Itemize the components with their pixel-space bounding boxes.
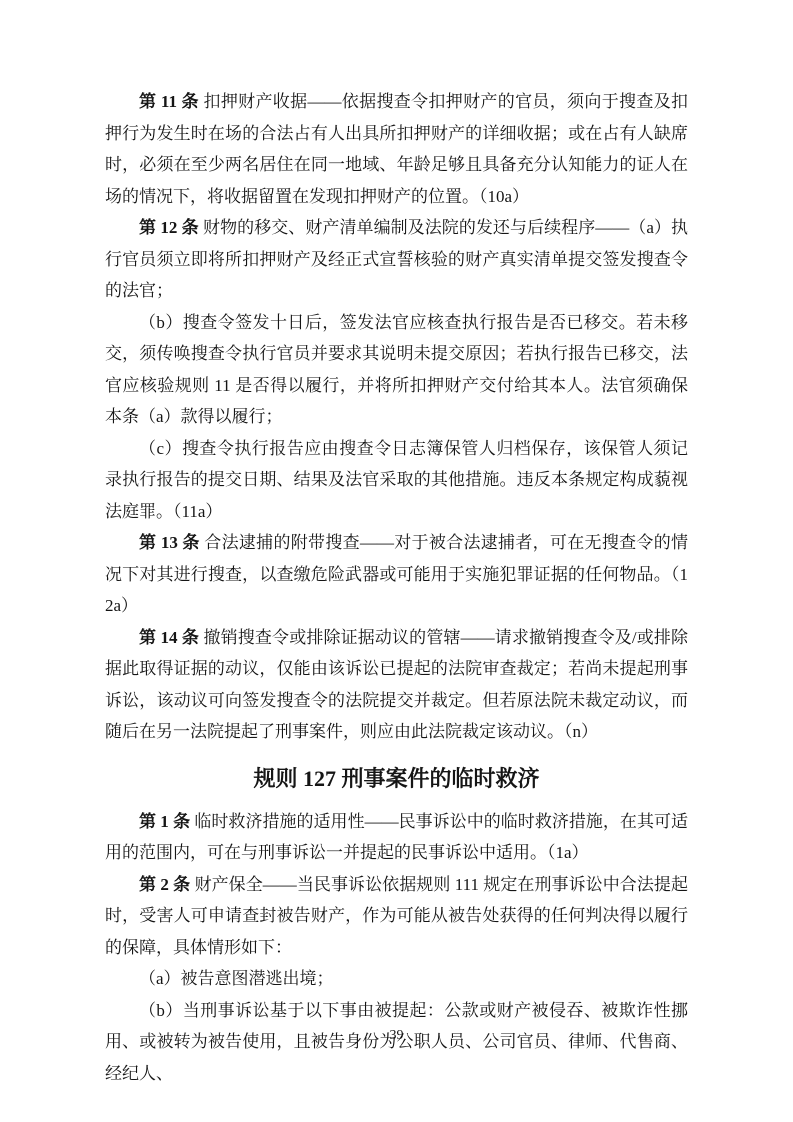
paragraph-text: 财产保全——当民事诉讼依据规则 111 规定在刑事诉讼中合法提起时，受害人可申请… [105,875,688,957]
rule-paragraph: 第 13 条 合法逮捕的附带搜查——对于被合法逮捕者，可在无搜查令的情况下对其进… [105,527,688,622]
sub-paragraph: （a）被告意图潜逃出境； [105,963,688,995]
rule-number-label: 第 13 条 [139,533,200,552]
document-page: 第 11 条 扣押财产收据——依据搜查令扣押财产的官员，须向于搜查及扣押行为发生… [0,0,793,1122]
paragraph-text: （a）被告意图潜逃出境； [139,969,334,988]
rule-paragraph: 第 2 条 财产保全——当民事诉讼依据规则 111 规定在刑事诉讼中合法提起时，… [105,869,688,964]
page-number: 39 [0,1028,793,1044]
section-heading: 规则 127 刑事案件的临时救济 [105,758,688,800]
rule-paragraph: 第 11 条 扣押财产收据——依据搜查令扣押财产的官员，须向于搜查及扣押行为发生… [105,86,688,212]
rule-paragraph: 第 1 条 临时救济措施的适用性——民事诉讼中的临时救济措施，在其可适用的范围内… [105,806,688,869]
rule-number-label: 第 2 条 [139,875,190,894]
rule-number-label: 第 14 条 [139,628,199,647]
sub-paragraph: （c）搜查令执行报告应由搜查令日志簿保管人归档保存，该保管人须记录执行报告的提交… [105,433,688,528]
paragraph-text: （c）搜查令执行报告应由搜查令日志簿保管人归档保存，该保管人须记录执行报告的提交… [105,439,688,521]
paragraph-text: （b）搜查令签发十日后，签发法官应核查执行报告是否已移交。若未移交，须传唤搜查令… [105,313,688,427]
paragraph-text: 临时救济措施的适用性——民事诉讼中的临时救济措施，在其可适用的范围内，可在与刑事… [105,812,688,863]
rule-number-label: 第 1 条 [139,812,190,831]
rule-paragraph: 第 12 条 财物的移交、财产清单编制及法院的发还与后续程序——（a）执行官员须… [105,212,688,307]
rule-number-label: 第 11 条 [139,92,199,111]
rule-number-label: 第 12 条 [139,218,199,237]
document-content: 第 11 条 扣押财产收据——依据搜查令扣押财产的官员，须向于搜查及扣押行为发生… [105,86,688,1089]
sub-paragraph: （b）搜查令签发十日后，签发法官应核查执行报告是否已移交。若未移交，须传唤搜查令… [105,307,688,433]
rule-paragraph: 第 14 条 撤销搜查令或排除证据动议的管辖——请求撤销搜查令及/或排除据此取得… [105,622,688,748]
